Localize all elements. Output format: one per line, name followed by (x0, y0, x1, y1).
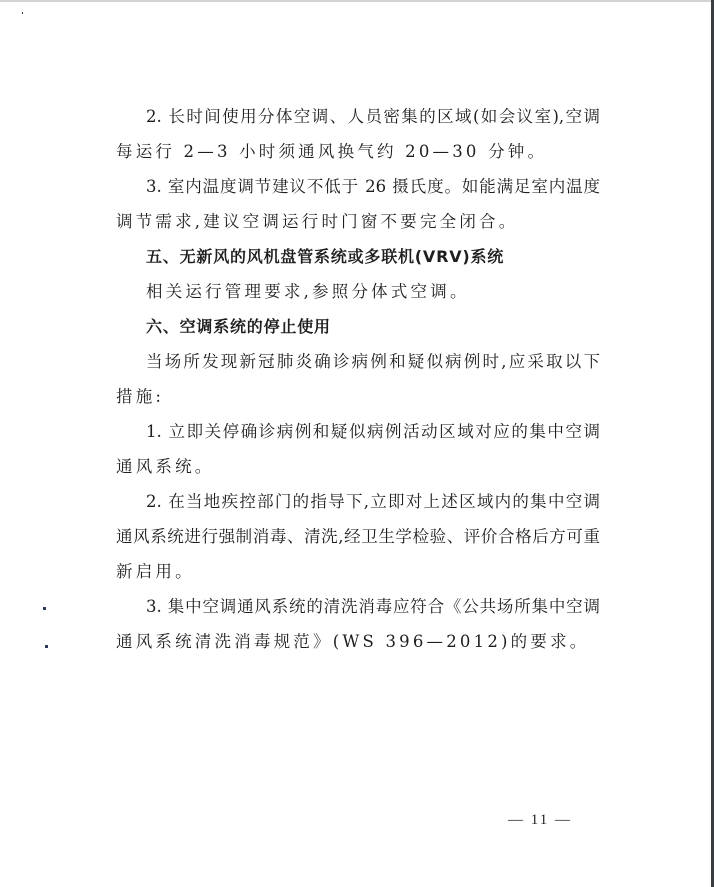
paragraph-line: 1. 立即关停确诊病例和疑似病例活动区域对应的集中空调 (146, 421, 600, 443)
paragraph-line: 当场所发现新冠肺炎确诊病例和疑似病例时,应采取以下 (146, 351, 600, 373)
section-heading: 五、无新风的风机盘管系统或多联机(VRV)系统 (146, 246, 600, 268)
paragraph-line: 新启用。 (116, 561, 600, 583)
paragraph-line: 通风系统进行强制消毒、清洗,经卫生学检验、评价合格后方可重 (116, 526, 600, 548)
paragraph-line: 2. 在当地疾控部门的指导下,立即对上述区域内的集中空调 (146, 491, 600, 513)
paragraph-line: 通风系统清洗消毒规范》(WS 396—2012)的要求。 (116, 631, 600, 653)
page-number: — 11 — (508, 812, 572, 829)
scan-speck (43, 607, 46, 610)
paragraph-line: 每运行 2—3 小时须通风换气约 20—30 分钟。 (116, 141, 600, 163)
paragraph-line: 2. 长时间使用分体空调、人员密集的区域(如会议室),空调 (146, 106, 600, 128)
paragraph-line: 调节需求,建议空调运行时门窗不要完全闭合。 (116, 211, 600, 233)
scan-speck (22, 12, 23, 14)
paragraph-line: 相关运行管理要求,参照分体式空调。 (146, 281, 600, 303)
paragraph-line: 3. 室内温度调节建议不低于 26 摄氏度。如能满足室内温度 (146, 176, 600, 198)
paragraph-line: 通风系统。 (116, 456, 600, 478)
document-page: 2. 长时间使用分体空调、人员密集的区域(如会议室),空调 每运行 2—3 小时… (0, 0, 711, 887)
paragraph-line: 措施: (116, 386, 600, 408)
section-heading: 六、空调系统的停止使用 (146, 316, 600, 338)
paragraph-line: 3. 集中空调通风系统的清洗消毒应符合《公共场所集中空调 (146, 596, 600, 618)
scan-speck (45, 645, 48, 648)
